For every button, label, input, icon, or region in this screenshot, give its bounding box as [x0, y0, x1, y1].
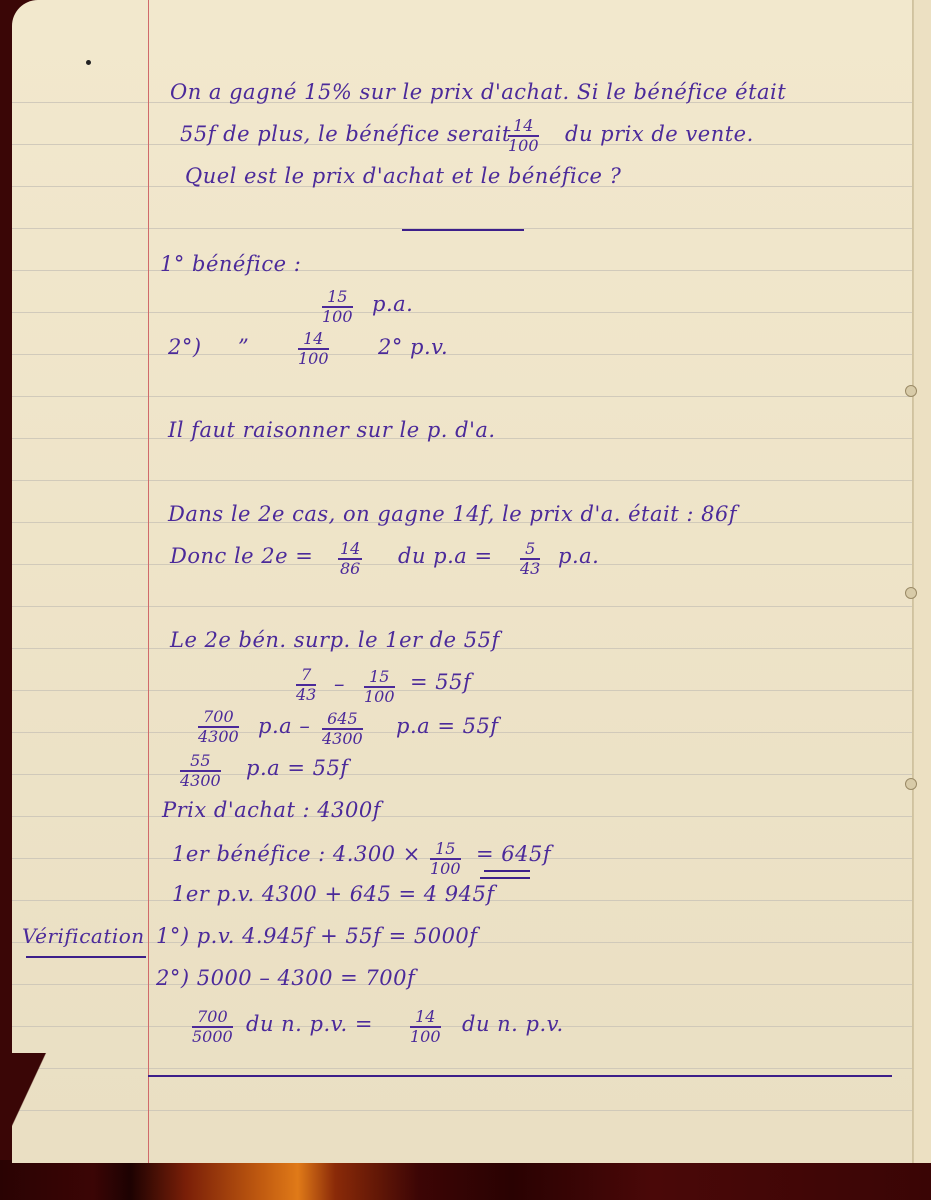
eq1-result: = 55f [410, 670, 471, 694]
benefice-heading: 1° bénéfice : [160, 252, 301, 276]
binding-stitch [905, 587, 917, 599]
fraction-numerator: 14 [508, 117, 539, 137]
second-prefix: 2°) [168, 335, 202, 359]
ink-dot [86, 60, 91, 65]
eq2-fraction-1: 700 4300 [198, 708, 239, 746]
fraction-denominator: 43 [520, 560, 540, 578]
fraction-denominator: 100 [298, 350, 329, 368]
fraction-denominator: 100 [364, 688, 395, 706]
fraction-numerator: 55 [180, 752, 221, 772]
double-underline-bottom [480, 877, 530, 879]
benefice1-result: = 645f [476, 842, 551, 866]
fraction-numerator: 15 [430, 840, 461, 860]
eq3-result: p.a = 55f [246, 756, 349, 780]
ruled-line [12, 312, 912, 313]
fraction-denominator: 43 [296, 686, 316, 704]
fraction-denominator: 5000 [192, 1028, 233, 1046]
prix-vente-1-line: 1er p.v. 4300 + 645 = 4 945f [172, 882, 495, 906]
fraction-denominator: 100 [430, 860, 461, 878]
ruled-line [12, 858, 912, 859]
verification-line-2: 2°) 5000 – 4300 = 700f [156, 966, 415, 990]
benefice1-fraction: 15 100 [430, 840, 461, 878]
fraction-denominator: 100 [508, 137, 539, 155]
eq3-fraction: 55 4300 [180, 752, 221, 790]
donc-prefix: Donc le 2e = [170, 544, 313, 568]
verification-label: Vérification [22, 924, 145, 948]
fraction-numerator: 14 [410, 1008, 441, 1028]
verification-underline [26, 956, 146, 958]
problem-line-2b: du prix de vente. [565, 122, 754, 146]
red-margin-line [148, 0, 149, 1163]
eq2-mid: p.a – [258, 714, 310, 738]
fraction-numerator: 5 [520, 540, 540, 560]
ruled-line [12, 606, 912, 607]
fraction-numerator: 14 [298, 330, 329, 350]
fraction-denominator: 100 [410, 1028, 441, 1046]
verification-fraction-2: 14 100 [410, 1008, 441, 1046]
ruled-line [12, 396, 912, 397]
eq1-fraction-2: 15 100 [364, 668, 395, 706]
ruled-line [12, 354, 912, 355]
ruled-line [12, 480, 912, 481]
eq1-fraction-1: 7 43 [296, 666, 316, 704]
eq1-minus: – [334, 672, 345, 696]
fraction-denominator: 4300 [180, 772, 221, 790]
verification-fraction-1: 700 5000 [192, 1008, 233, 1046]
reasoning-line: Il faut raisonner sur le p. d'a. [168, 418, 496, 442]
second-fraction: 14 100 [298, 330, 329, 368]
donc-suffix: p.a. [558, 544, 599, 568]
surpasse-line: Le 2e bén. surp. le 1er de 55f [170, 628, 500, 652]
fraction-numerator: 700 [192, 1008, 233, 1028]
ruled-line [12, 816, 912, 817]
verification-line-3-suffix: du n. p.v. [462, 1012, 564, 1036]
problem-line-1: On a gagné 15% sur le prix d'achat. Si l… [170, 80, 786, 104]
double-underline-top [484, 870, 530, 872]
fraction-numerator: 15 [364, 668, 395, 688]
ruled-line [12, 984, 912, 985]
donc-fraction-2: 5 43 [520, 540, 540, 578]
fraction-numerator: 14 [338, 540, 362, 560]
fraction-denominator: 4300 [198, 728, 239, 746]
fraction-denominator: 86 [338, 560, 362, 578]
binding-stitch [905, 385, 917, 397]
next-page-edge [914, 0, 931, 1163]
first-fraction: 15 100 [322, 288, 353, 326]
prix-achat-line: Prix d'achat : 4300f [162, 798, 381, 822]
fraction-denominator: 4300 [322, 730, 363, 748]
problem-fraction: 14 100 [508, 117, 539, 155]
donc-fraction-1: 14 86 [338, 540, 362, 578]
second-suffix: 2° p.v. [378, 335, 448, 359]
fraction-numerator: 15 [322, 288, 353, 308]
fraction-numerator: 7 [296, 666, 316, 686]
ruled-line [12, 774, 912, 775]
ruled-line [12, 1068, 912, 1069]
fraction-denominator: 100 [322, 308, 353, 326]
verification-line-1: 1°) p.v. 4.945f + 55f = 5000f [156, 924, 478, 948]
fraction-numerator: 700 [198, 708, 239, 728]
closing-rule-line [148, 1075, 892, 1077]
benefice1-prefix-text: 1er bénéfice : 4.300 × [172, 842, 421, 866]
eq2-result: p.a = 55f [396, 714, 499, 738]
fraction-numerator: 645 [322, 710, 363, 730]
ruled-line [12, 1110, 912, 1111]
case2-line: Dans le 2e cas, on gagne 14f, le prix d'… [168, 502, 737, 526]
background-desk [0, 1160, 931, 1200]
donc-mid: du p.a = [398, 544, 493, 568]
verification-line-3-mid: du n. p.v. = [246, 1012, 373, 1036]
eq2-fraction-2: 645 4300 [322, 710, 363, 748]
separator-line [402, 229, 524, 231]
ditto-mark: ” [238, 335, 249, 359]
first-suffix: p.a. [372, 292, 413, 316]
problem-line-2a: 55f de plus, le bénéfice serait [180, 122, 511, 146]
ruled-line [12, 270, 912, 271]
problem-line-3: Quel est le prix d'achat et le bénéfice … [185, 164, 621, 188]
binding-stitch [905, 778, 917, 790]
